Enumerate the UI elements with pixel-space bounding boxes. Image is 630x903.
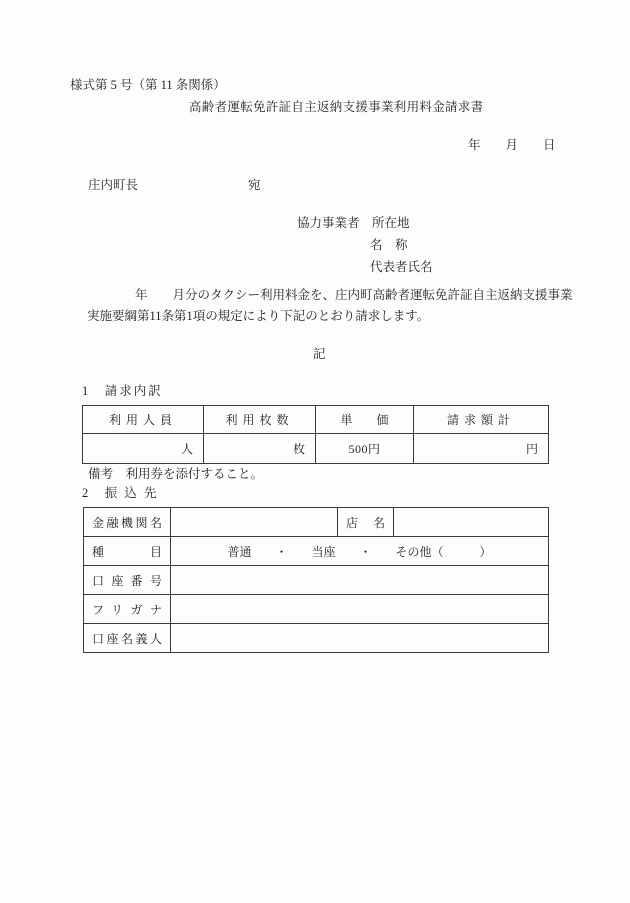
branch-name-label: 店名 xyxy=(338,508,394,537)
header-total-amount: 請求額計 xyxy=(414,406,549,434)
header-users: 利用人員 xyxy=(83,406,204,434)
bank-transfer-table: 金融機関名 店名 種目 普通 ・ 当座 ・ その他（ ） 口座番号 フリガナ 口… xyxy=(83,507,549,653)
unit-price-value-cell: 500円 xyxy=(316,434,414,464)
furigana-value-cell xyxy=(171,595,549,624)
header-unit-price: 単 価 xyxy=(316,406,414,434)
branch-name-value-cell xyxy=(394,508,549,537)
bank-name-label: 金融機関名 xyxy=(84,508,171,537)
account-type-options: 普通 ・ 当座 ・ その他（ ） xyxy=(171,537,549,566)
header-tickets: 利用枚数 xyxy=(204,406,316,434)
total-amount-value-cell: 円 xyxy=(414,434,549,464)
record-mark: 記 xyxy=(313,347,326,361)
account-number-label: 口座番号 xyxy=(84,566,171,595)
body-text-line-1: 年 月分のタクシー利用料金を、庄内町高齢者運転免許証自主返納支援事業 xyxy=(135,288,573,302)
section2-heading: 2 振 込 先 xyxy=(82,486,159,500)
date-line: 年 月 日 xyxy=(468,138,556,152)
users-value-cell: 人 xyxy=(83,434,204,464)
applicant-name-line: 名 称 xyxy=(370,238,408,252)
document-page: 様式第 5 号（第 11 条関係） 高齢者運転免許証自主返納支援事業利用料金請求… xyxy=(0,0,630,903)
applicant-representative-line: 代表者氏名 xyxy=(370,260,433,274)
addressee-suffix: 宛 xyxy=(248,178,261,192)
form-number: 様式第 5 号（第 11 条関係） xyxy=(70,78,226,92)
account-number-value-cell xyxy=(171,566,549,595)
billing-header-row: 利用人員 利用枚数 単 価 請求額計 xyxy=(83,406,549,434)
tickets-value-cell: 枚 xyxy=(204,434,316,464)
account-holder-value-cell xyxy=(171,624,549,653)
account-holder-row: 口座名義人 xyxy=(84,624,549,653)
bank-name-row: 金融機関名 店名 xyxy=(84,508,549,537)
billing-value-row: 人 枚 500円 円 xyxy=(83,434,549,464)
page-title: 高齢者運転免許証自主返納支援事業利用料金請求書 xyxy=(189,100,483,114)
account-number-row: 口座番号 xyxy=(84,566,549,595)
furigana-row: フリガナ xyxy=(84,595,549,624)
furigana-label: フリガナ xyxy=(84,595,171,624)
account-type-row: 種目 普通 ・ 当座 ・ その他（ ） xyxy=(84,537,549,566)
bank-name-value-cell xyxy=(171,508,338,537)
section1-note: 備考 利用券を添付すること。 xyxy=(88,467,263,481)
applicant-company-address-line: 協力事業者 所在地 xyxy=(297,216,410,230)
addressee: 庄内町長 xyxy=(88,178,138,192)
account-type-label: 種目 xyxy=(84,537,171,566)
body-text-line-2: 実施要綱第11条第1項の規定により下記のとおり請求します。 xyxy=(87,309,429,323)
billing-breakdown-table: 利用人員 利用枚数 単 価 請求額計 人 枚 500円 円 xyxy=(82,405,549,464)
section1-heading: 1 請求内訳 xyxy=(82,384,163,398)
account-holder-label: 口座名義人 xyxy=(84,624,171,653)
